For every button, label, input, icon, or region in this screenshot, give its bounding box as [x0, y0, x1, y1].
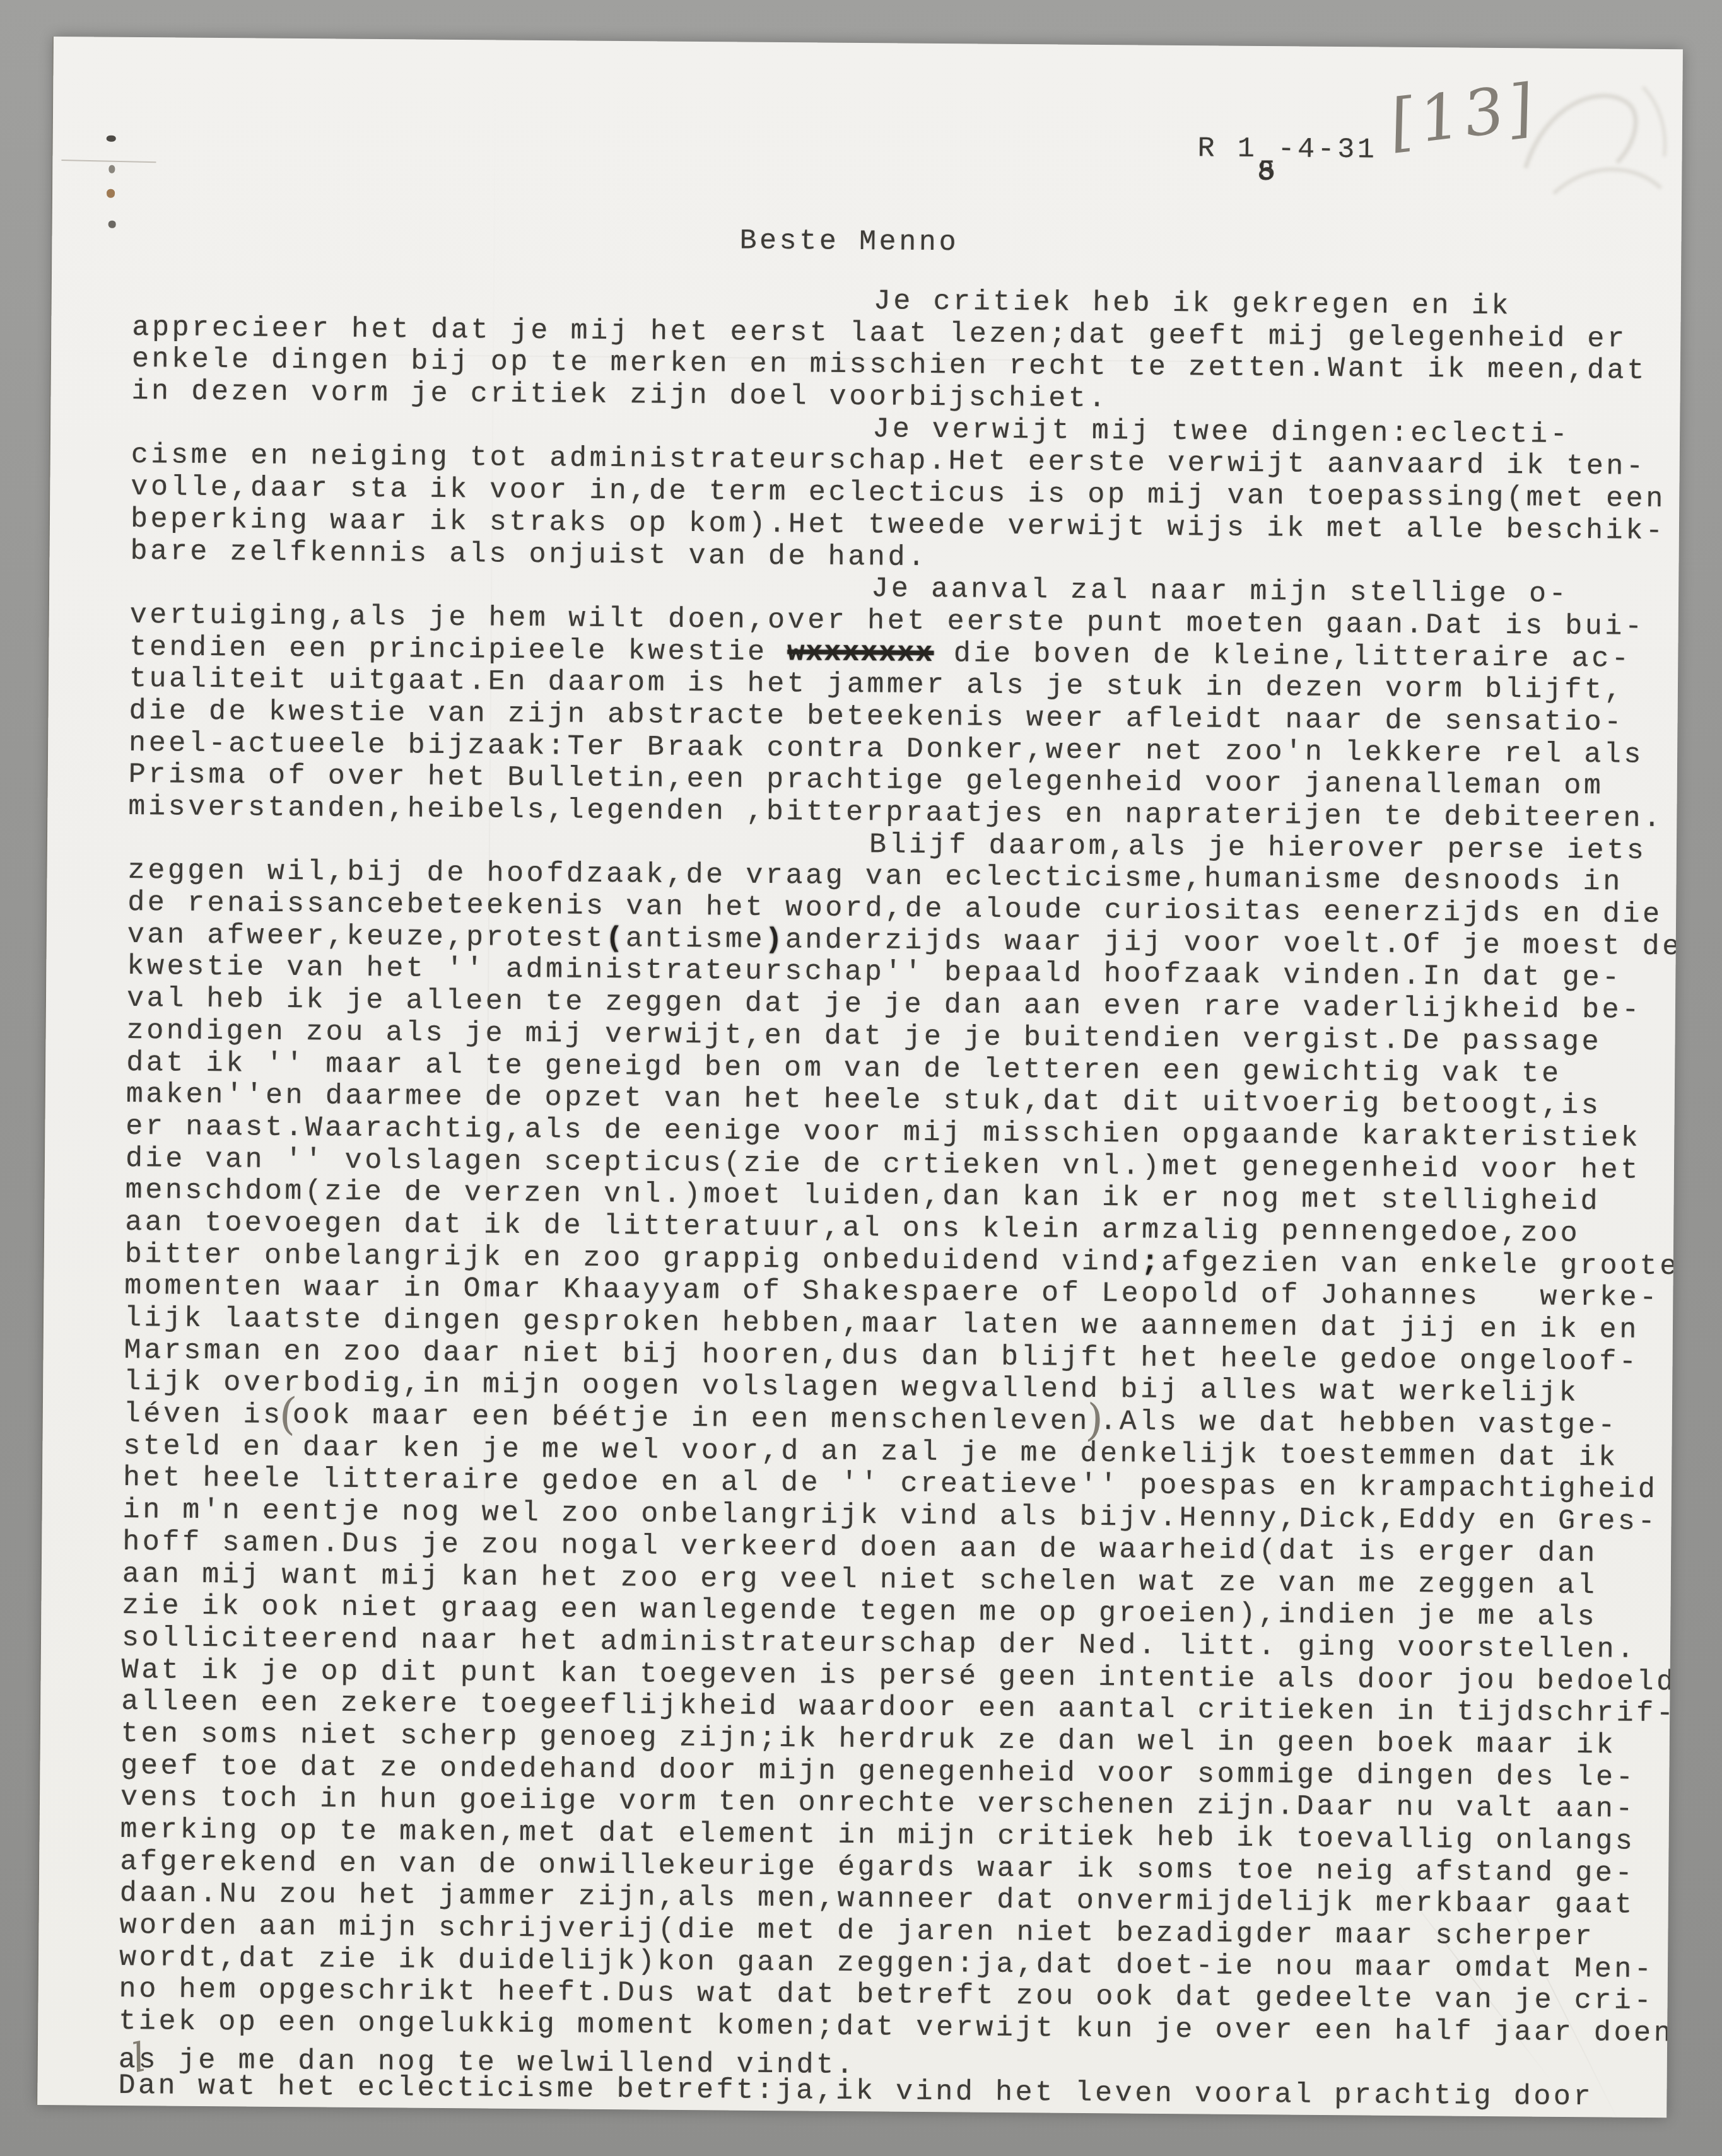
- date-prefix: R 1: [1197, 132, 1257, 165]
- scanned-letter-background: [13] R 185-4-31 Beste Menno Je critiek h…: [0, 0, 1722, 2156]
- pencil-stray-line: [61, 160, 156, 163]
- staple-mark: [107, 136, 116, 142]
- salutation: Beste Menno: [739, 225, 959, 259]
- date-suffix: -4-31: [1277, 133, 1377, 166]
- letter-page: [13] R 185-4-31 Beste Menno Je critiek h…: [37, 37, 1683, 2118]
- rust-speck: [107, 189, 115, 198]
- staple-mark: [108, 165, 115, 173]
- date-line: R 185-4-31: [1197, 132, 1377, 166]
- letter-body: Je critiek heb ik gekregen en ikapprecie…: [118, 280, 1683, 2114]
- staple-mark: [108, 221, 116, 228]
